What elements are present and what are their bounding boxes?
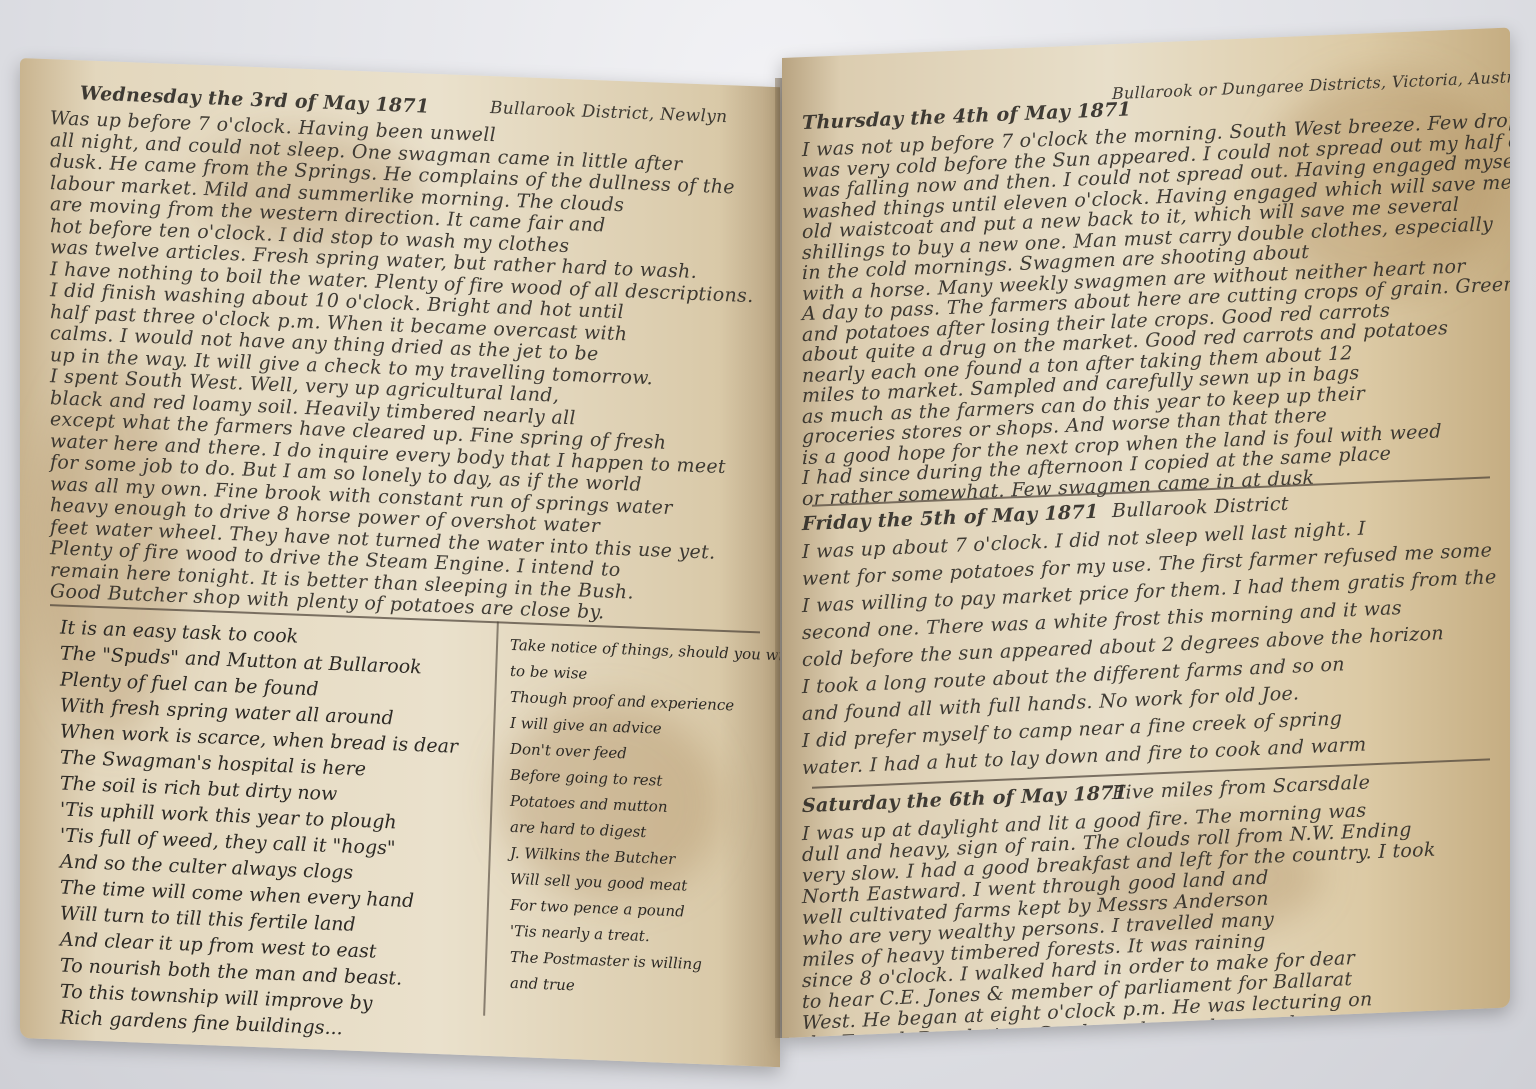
left-entry-text: Was up before 7 o'clock. Having been unw… — [20, 58, 780, 87]
poem-right-column: Take notice of things, should you wishto… — [510, 632, 780, 1007]
open-diary: Wednesday the 3rd of May 1871 Bullarook … — [20, 58, 1510, 1038]
poem-divider — [483, 621, 499, 1015]
right-page: Thursday the 4th of May 1871 Bullarook o… — [782, 27, 1510, 1038]
poem-left-column: It is an easy task to cookThe "Spuds" an… — [60, 615, 458, 1046]
left-page: Wednesday the 3rd of May 1871 Bullarook … — [20, 58, 780, 1067]
